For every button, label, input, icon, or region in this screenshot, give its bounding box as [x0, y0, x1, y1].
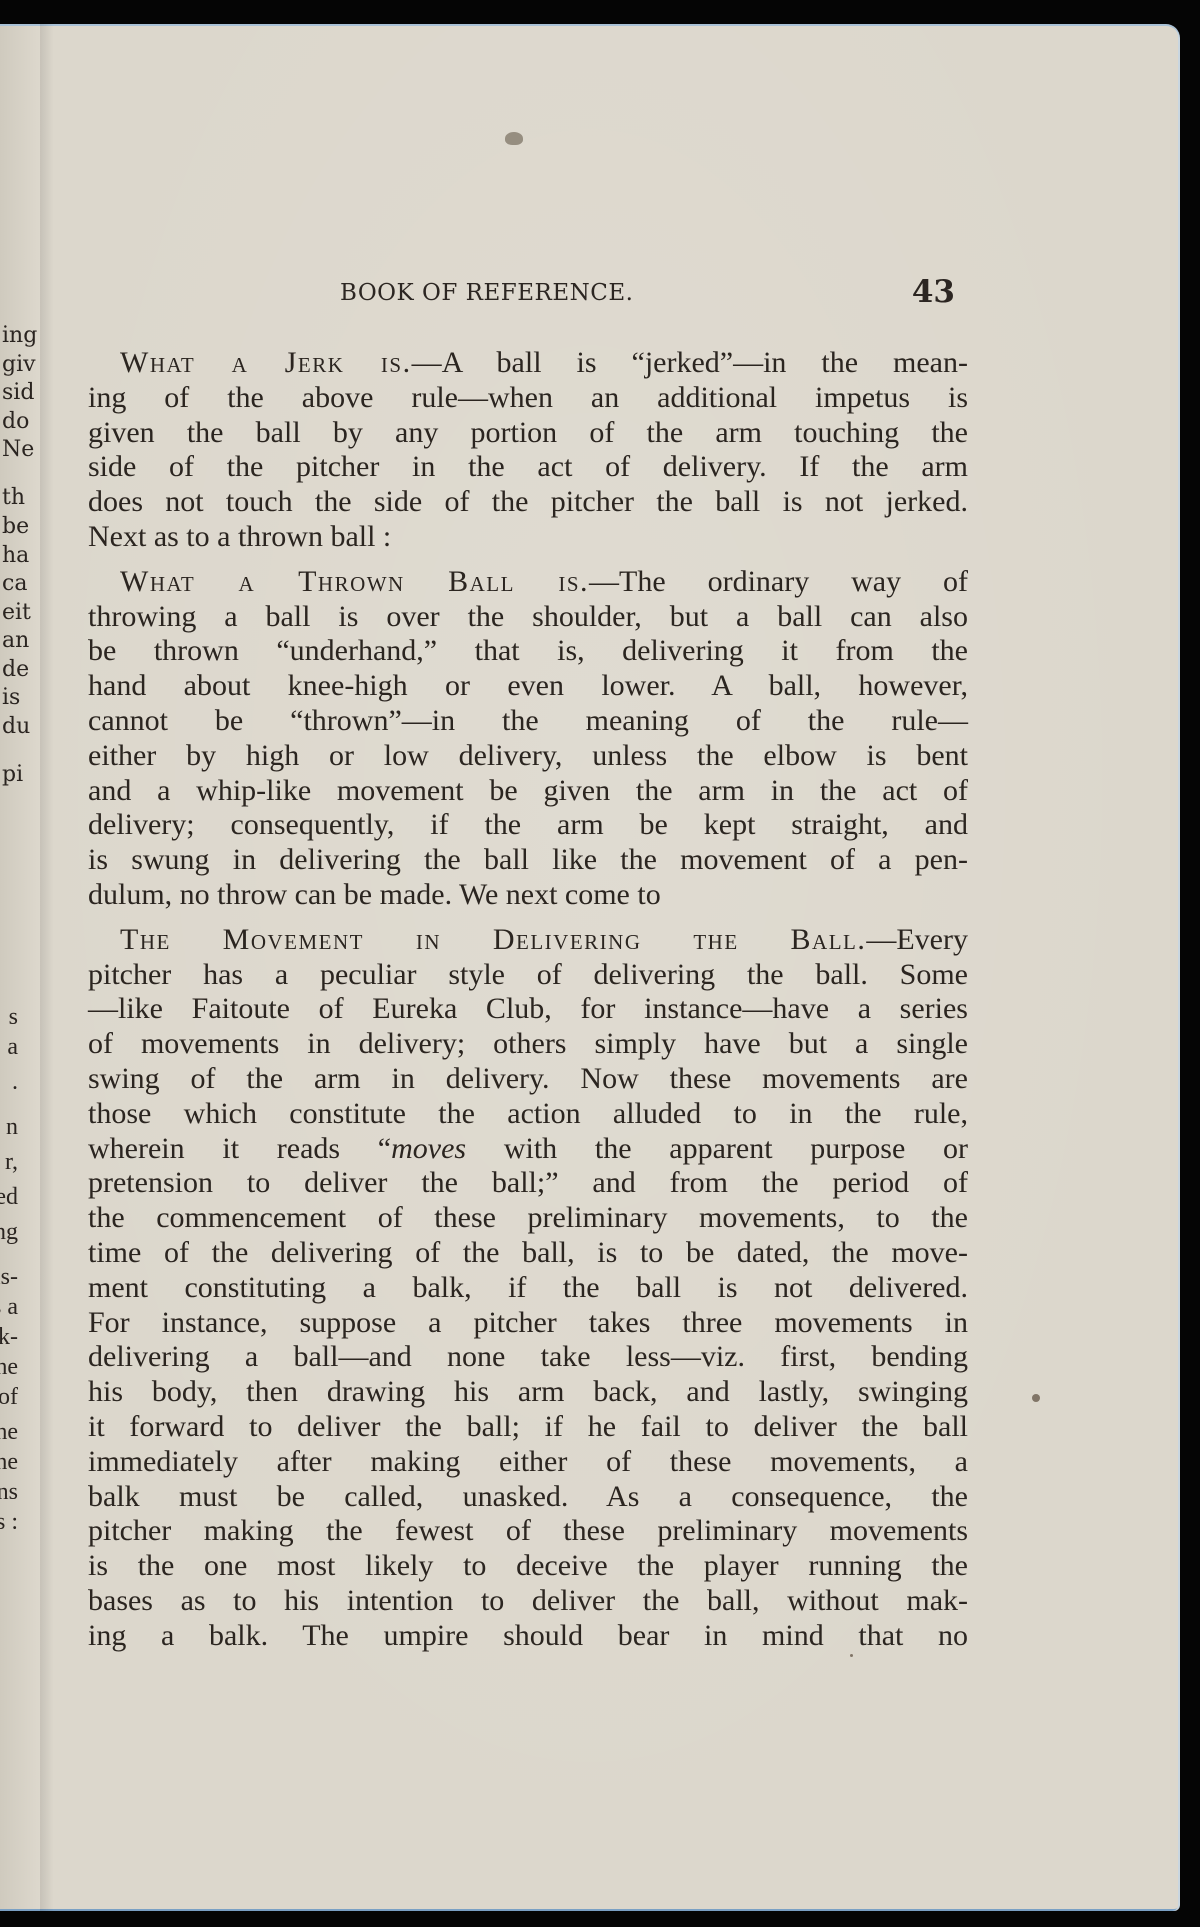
facing-page-fragment: ng [0, 1215, 18, 1250]
text-line: either by high or low delivery, unless t… [88, 739, 968, 774]
section-heading: What a Jerk is. [120, 346, 412, 379]
text-line: does not touch the side of the pitcher t… [88, 485, 968, 520]
facing-page-fragment: du [2, 709, 30, 744]
text-line: bases as to his intention to deliver the… [88, 1584, 968, 1619]
paragraph-what-a-thrown-ball-is: What a Thrown Ball is.—The ordinary way … [88, 565, 968, 913]
text-line: throwing a ball is over the shoulder, bu… [88, 600, 968, 635]
text-line: pitcher making the fewest of these preli… [88, 1514, 968, 1549]
text-line: —like Faitoute of Eureka Club, for insta… [88, 992, 968, 1027]
section-heading: The Movement in Delivering the Ball. [120, 923, 866, 956]
text-line: Next as to a thrown ball : [88, 520, 968, 555]
facing-page-fragment: . [12, 1065, 18, 1100]
text-line: immediately after making either of these… [88, 1445, 968, 1480]
facing-page-fragment: pi [2, 757, 23, 792]
facing-page-edge: inggivsiddoNethbehacaeitandeisdupisa.nr,… [0, 24, 48, 1911]
paragraph-what-a-jerk-is: What a Jerk is.—A ball is “jerked”—in th… [88, 346, 968, 555]
text-line: and a whip-like movement be given the ar… [88, 774, 968, 809]
text-line: swing of the arm in delivery. Now these … [88, 1062, 968, 1097]
text-line: What a Jerk is.—A ball is “jerked”—in th… [88, 346, 968, 381]
running-head-title: BOOK OF REFERENCE. [340, 280, 633, 306]
text-line: dulum, no throw can be made. We next com… [88, 878, 968, 913]
text-line: pitcher has a peculiar style of deliveri… [88, 958, 968, 993]
running-head: BOOK OF REFERENCE. 43 [340, 274, 960, 314]
facing-page-fragment: n [6, 1110, 18, 1145]
text-line: delivering a ball—and none take less—viz… [88, 1340, 968, 1375]
text-line: What a Thrown Ball is.—The ordinary way … [88, 565, 968, 600]
section-heading: What a Thrown Ball is. [120, 565, 589, 598]
text-line: ing a balk. The umpire should bear in mi… [88, 1619, 968, 1654]
text-line: wherein it reads “moves with the apparen… [88, 1132, 968, 1167]
paper-speck [1032, 1394, 1040, 1402]
text-line: The Movement in Delivering the Ball.—Eve… [88, 923, 968, 958]
body-text: What a Jerk is.—A ball is “jerked”—in th… [88, 346, 968, 1663]
text-line: balk must be called, unasked. As a conse… [88, 1480, 968, 1515]
text-line: side of the pitcher in the act of delive… [88, 450, 968, 485]
text-line: is the one most likely to deceive the pl… [88, 1549, 968, 1584]
printer-ornament-mark [505, 132, 523, 145]
text-line: hand about knee-high or even lower. A ba… [88, 669, 968, 704]
text-line: ing of the above rule—when an additional… [88, 381, 968, 416]
text-line: those which constitute the action allude… [88, 1097, 968, 1132]
text-line: time of the delivering of the ball, is t… [88, 1236, 968, 1271]
text-line: given the ball by any portion of the arm… [88, 416, 968, 451]
italic-word: moves [391, 1132, 466, 1165]
text-line: delivery; consequently, if the arm be ke… [88, 808, 968, 843]
page-number: 43 [912, 274, 955, 310]
facing-page-fragment: ns : [0, 1505, 18, 1540]
facing-page-fragment: a [7, 1030, 18, 1065]
facing-page-fragment: e of [0, 1380, 18, 1415]
text-line: ment constituting a balk, if the ball is… [88, 1271, 968, 1306]
text-line: be thrown “underhand,” that is, deliveri… [88, 634, 968, 669]
paragraph-movement-in-delivering: The Movement in Delivering the Ball.—Eve… [88, 923, 968, 1654]
facing-page-fragment: r, [5, 1145, 18, 1180]
text-line: is swung in delivering the ball like the… [88, 843, 968, 878]
text-line: pretension to deliver the ball;” and fro… [88, 1166, 968, 1201]
text-line: of movements in delivery; others simply … [88, 1027, 968, 1062]
facing-page-fragment: ed [0, 1180, 18, 1215]
text-line: For instance, suppose a pitcher takes th… [88, 1306, 968, 1341]
text-line: the commencement of these preliminary mo… [88, 1201, 968, 1236]
text-line: cannot be “thrown”—in the meaning of the… [88, 704, 968, 739]
book-page: inggivsiddoNethbehacaeitandeisdupisa.nr,… [0, 24, 1180, 1911]
text-line: it forward to deliver the ball; if he fa… [88, 1410, 968, 1445]
text-line: his body, then drawing his arm back, and… [88, 1375, 968, 1410]
facing-page-fragment: Ne [2, 432, 34, 467]
